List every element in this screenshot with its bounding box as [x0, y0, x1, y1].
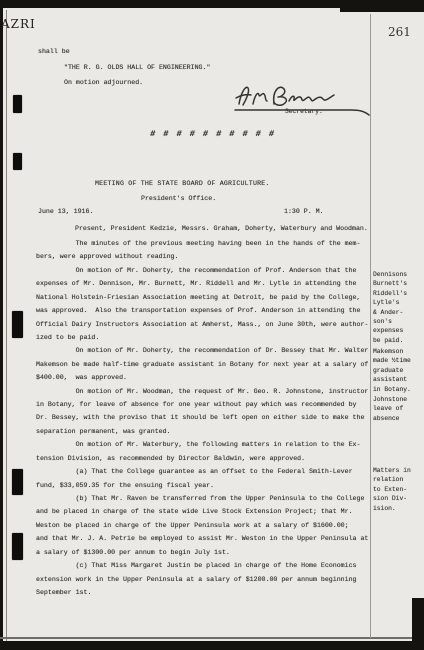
scan-bottom-right-corner: [412, 598, 424, 650]
scan-bottom-edge: [0, 641, 424, 650]
binding-mark: [12, 533, 23, 560]
adjourned-line: On motion adjourned.: [64, 76, 143, 89]
carryover-shall-be: shall be: [38, 45, 70, 58]
meeting-location: President's Office.: [141, 192, 216, 205]
left-binding-line: [6, 10, 7, 650]
margin-note-expenses: Dennisons Burnett's Riddell's Lytle's & …: [373, 270, 423, 345]
secretary-label: Secretary.: [285, 107, 323, 116]
meeting-time: 1:30 P. M.: [284, 205, 324, 218]
corner-stamp-text: AZRI: [1, 17, 36, 31]
binding-mark: [13, 153, 22, 170]
margin-note-makemson: Makemson made ½time graduate assistant i…: [373, 347, 423, 394]
margin-note-johnstone: Johnstone leave of absence: [373, 395, 423, 423]
binding-mark: [12, 311, 23, 338]
binding-mark: [13, 95, 22, 113]
minutes-body: The minutes of the previous meeting havi…: [36, 237, 386, 599]
attendance-line: Present, President Kedzie, Messrs. Graha…: [75, 222, 368, 235]
page-number: 261: [388, 25, 411, 39]
hash-separator: # # # # # # # # # #: [149, 128, 276, 141]
hall-name-line: "THE R. G. OLDS HALL OF ENGINEERING.": [64, 61, 210, 74]
meeting-date: June 13, 1916.: [38, 205, 93, 218]
scan-left-edge: [0, 6, 3, 650]
margin-note-extension: Matters in relation to Exten- sion Div- …: [373, 466, 423, 513]
bottom-paper-crease: [0, 637, 424, 639]
scanned-minutes-page: { "page": { "stamp_text": "AZRI", "page_…: [0, 0, 424, 650]
meeting-title: MEETING OF THE STATE BOARD OF AGRICULTUR…: [95, 177, 270, 190]
binding-mark: [12, 469, 23, 495]
scan-top-right-edge: [340, 0, 424, 12]
